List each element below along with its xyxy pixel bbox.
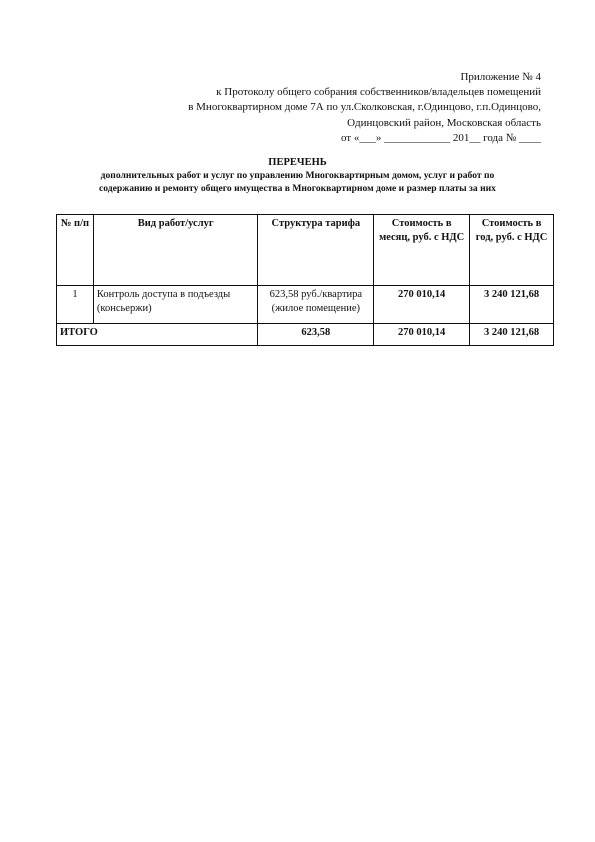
column-header-tariff: Структура тарифа [258, 215, 374, 286]
total-yearly-cost: 3 240 121,68 [470, 324, 554, 346]
total-row: ИТОГО 623,58 270 010,14 3 240 121,68 [57, 324, 554, 346]
title-subtitle-2: содержанию и ремонту общего имущества в … [40, 182, 555, 195]
row-number: 1 [57, 286, 94, 324]
column-header-number: № п/п [57, 215, 94, 286]
table-row: 1 Контроль доступа в подъезды (консьержи… [57, 286, 554, 324]
document-title: ПЕРЕЧЕНЬ дополнительных работ и услуг по… [40, 156, 555, 195]
total-tariff: 623,58 [258, 324, 374, 346]
services-table: № п/п Вид работ/услуг Структура тарифа С… [56, 214, 554, 346]
table-header-row: № п/п Вид работ/услуг Структура тарифа С… [57, 215, 554, 286]
total-label: ИТОГО [57, 324, 258, 346]
monthly-cost: 270 010,14 [374, 286, 470, 324]
column-header-monthly-cost: Стоимость в месяц, руб. с НДС [374, 215, 470, 286]
protocol-date-line: от «___» ____________ 201__ года № ____ [121, 131, 541, 146]
title-heading: ПЕРЕЧЕНЬ [40, 156, 555, 169]
appendix-number: Приложение № 4 [121, 70, 541, 85]
column-header-service: Вид работ/услуг [93, 215, 258, 286]
appendix-header: Приложение № 4 к Протоколу общего собран… [121, 70, 541, 146]
title-subtitle-1: дополнительных работ и услуг по управлен… [40, 169, 555, 182]
tariff-structure: 623,58 руб./квартира (жилое помещение) [258, 286, 374, 324]
region: Одинцовский район, Московская область [121, 116, 541, 131]
total-monthly-cost: 270 010,14 [374, 324, 470, 346]
column-header-yearly-cost: Стоимость в год, руб. с НДС [470, 215, 554, 286]
service-name: Контроль доступа в подъезды (консьержи) [93, 286, 258, 324]
protocol-reference: к Протоколу общего собрания собственнико… [121, 85, 541, 100]
yearly-cost: 3 240 121,68 [470, 286, 554, 324]
building-address: в Многоквартирном доме 7А по ул.Сколковс… [121, 100, 541, 115]
